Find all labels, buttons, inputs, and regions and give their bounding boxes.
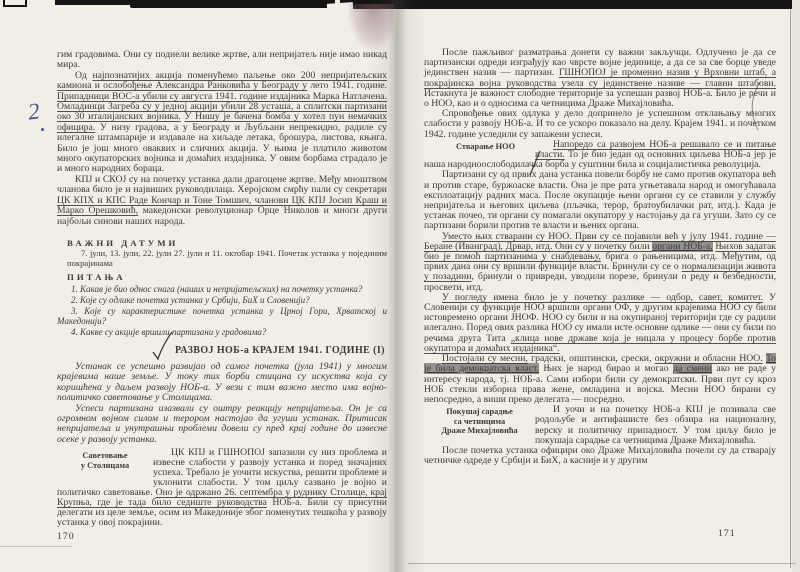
important-dates-box: ВАЖНИ ДАТУМИ 7. јули, 13. јули, 22. јули…	[57, 238, 387, 269]
noo-section: Стварање НОО Напоредо са развојем НОБ-а …	[424, 140, 776, 171]
paragraph: Уместо њих стварани су НОО. Први су се п…	[424, 232, 776, 293]
question-item: 3. Које су карактеристике почетка устанк…	[57, 307, 387, 326]
page-edge-bottom-line	[408, 563, 796, 564]
page-edge-right-line	[790, 8, 791, 568]
paragraph: После пажљивог разматрања донети су важн…	[424, 48, 776, 109]
page-number-left: 170	[57, 531, 75, 542]
marginal-heading-box: Стварање НОО	[424, 140, 535, 160]
page-edge-right	[792, 0, 800, 572]
question-item: 1. Какав је био однос снага (наших и неп…	[57, 285, 387, 295]
question-item: 4. Какве су акције вршили партизани у гр…	[57, 328, 387, 338]
important-dates-body: 7. јули, 13. јули, 22. јули 27. јули и 1…	[67, 249, 387, 269]
gutter-smudge	[348, 4, 394, 50]
handwritten-dot	[41, 128, 44, 131]
paragraph: Постојали су месни, градски, општински, …	[424, 354, 776, 405]
marginal-heading-box: Покушај сарадње са четницима Драже Михај…	[424, 405, 535, 445]
scan-corner-mark	[3, 0, 27, 7]
questions-box: ПИТАЊА 1. Какав је био однос снага (наши…	[57, 272, 387, 339]
paragraph: После почетка устанка официри око Драже …	[424, 446, 776, 466]
marginal-heading-box: Саветовање у Столицама	[57, 448, 153, 480]
stolice-section: Саветовање у Столицама ЦК КПЈ и ГШНОПОЈ …	[57, 448, 387, 528]
scan-edge-top	[130, 0, 335, 8]
paragraph: КПЈ и СКОЈ су на почетку устанка дали др…	[57, 175, 387, 227]
paragraph: гим градовима. Они су поднели велике жрт…	[57, 50, 387, 71]
questions-heading: ПИТАЊА	[67, 272, 387, 283]
italic-intro: Устанак се успешно развијао од самог поч…	[57, 362, 387, 445]
marginal-heading: Покушај сарадње са четницима Драже Михај…	[424, 407, 535, 436]
question-item: 2. Које су одлике почетка устанка у Срби…	[57, 296, 387, 306]
paragraph: Успеси партизана изазвали су оштру реакц…	[57, 404, 387, 446]
right-page-body: После пажљивог разматрања донети су важн…	[424, 48, 776, 466]
page-number-right: 171	[718, 528, 736, 539]
paragraph: Устанак се успешно развијао од самог поч…	[57, 362, 387, 404]
paragraph: Партизани су од првих дана устанка повел…	[424, 170, 776, 231]
marginal-heading: Саветовање у Столицама	[57, 451, 153, 470]
paragraph: Спровођење ових одлука у дело допринело …	[424, 109, 776, 140]
paragraph: У погледу имена било је у почетку разлик…	[424, 293, 776, 354]
handwritten-margin-note: 2	[27, 99, 41, 123]
marginal-heading: Стварање НОО	[436, 142, 535, 152]
left-page-body: гим градовима. Они су поднели велике жрт…	[57, 50, 387, 227]
paragraph: Од најпознатијих акција поменућемо паљењ…	[57, 71, 387, 175]
page-edge-bottom-streak	[0, 546, 72, 547]
chetnik-section: Покушај сарадње са четницима Драже Михај…	[424, 405, 776, 446]
book-scan: 2 гим градовима. Они су поднели велике ж…	[0, 0, 800, 572]
